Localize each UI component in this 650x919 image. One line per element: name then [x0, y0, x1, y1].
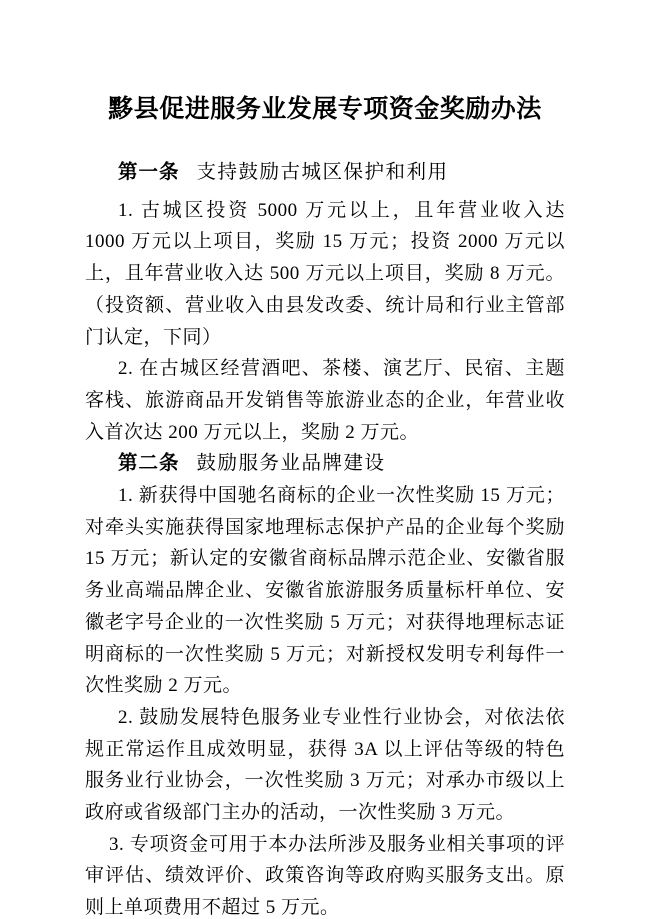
document-title: 黟县促进服务业发展专项资金奖励办法: [85, 92, 565, 128]
paragraph-tourism-business-reward: 2. 在古城区经营酒吧、茶楼、演艺厅、民宿、主题客栈、旅游商品开发销售等旅游业态…: [85, 353, 565, 448]
article-2-title: 鼓励服务业品牌建设: [197, 453, 386, 474]
paragraph-trademark-brand-reward: 1. 新获得中国驰名商标的企业一次性奖励 15 万元；对牵头实施获得国家地理标志…: [85, 480, 565, 702]
article-1-heading: 第一条支持鼓励古城区保护和利用: [85, 157, 565, 189]
document-page: 黟县促进服务业发展专项资金奖励办法 第一条支持鼓励古城区保护和利用 1. 古城区…: [0, 0, 650, 919]
article-2-heading: 第二条鼓励服务业品牌建设: [85, 448, 565, 480]
section-article-2: 第二条鼓励服务业品牌建设 1. 新获得中国驰名商标的企业一次性奖励 15 万元；…: [85, 448, 565, 919]
paragraph-investment-reward: 1. 古城区投资 5000 万元以上，且年营业收入达 1000 万元以上项目，奖…: [85, 195, 565, 354]
article-1-number: 第一条: [118, 161, 180, 183]
article-1-title: 支持鼓励古城区保护和利用: [197, 162, 449, 183]
paragraph-special-fund-usage: 3. 专项资金可用于本办法所涉及服务业相关事项的评审评估、绩效评价、政策咨询等政…: [85, 829, 565, 919]
section-article-1: 第一条支持鼓励古城区保护和利用 1. 古城区投资 5000 万元以上，且年营业收…: [85, 157, 565, 448]
article-2-number: 第二条: [118, 452, 180, 474]
paragraph-industry-association-reward: 2. 鼓励发展特色服务业专业性行业协会，对依法依规正常运作且成效明显，获得 3A…: [85, 702, 565, 829]
